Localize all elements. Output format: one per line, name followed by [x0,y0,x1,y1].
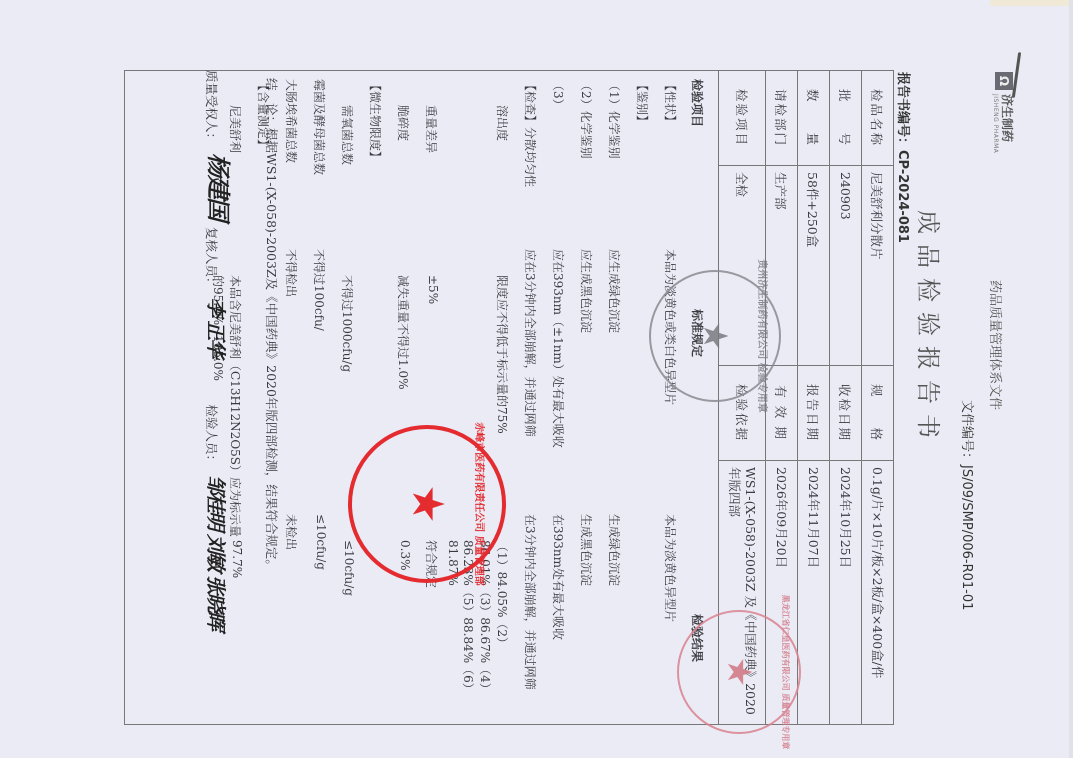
item-standard: 应在3分钟内全部崩解，并通过网筛 [522,249,539,514]
report-number-label: 报告书编号： [895,72,910,150]
file-number-label: 文件编号： [959,400,974,465]
item-row: 脆碎度减失重量不得过1.0%0.3% [390,79,412,716]
star-icon: ★ [405,484,449,523]
qa-label: 质量受权人： [203,70,221,145]
logo-icon: Ω [995,72,1013,90]
item-name: 溶出度 [494,79,511,275]
pink-quality-stamp: ★ 黑龙江省仁皇医药有限公司 质量管理专用章 [677,610,801,734]
item-row: 溶出度限度应不得低于标示量的75%（1）84.05%（2）86.01%（3）86… [446,79,511,716]
item-row: 重量差异±5%符合规定 [418,79,440,716]
qa-signature: 杨建国 [203,153,238,219]
item-row: （2）化学鉴别应生成黑色沉淀生成黑色沉淀 [573,79,595,716]
item-name: （2）化学鉴别 [578,79,595,249]
logo-text: 济生制药 [999,94,1016,153]
info-label: 批 号 [830,71,861,166]
report-number-value: CP-2024-081 [895,150,910,243]
page-title: 成品检验报告书 [913,210,948,448]
signature-row: 质量受权人： 杨建国 复核人员： 李 正华 检验人员： 邹桂明 刘敏 张晓晖 [203,70,238,730]
info-row: 批 号240903收检日期2024年10月25日 [829,71,861,724]
item-result: ≤10cfu/g [314,514,328,716]
conclusion-text: 根据WS1-(X-058)-2003Z及《中国药典》2020年版四部检测，结果符… [264,128,279,572]
star-icon: ★ [722,657,756,687]
report-number: 报告书编号：CP-2024-081 [895,72,914,243]
item-name: 【微生物限度】 [367,79,384,249]
info-label: 收检日期 [830,366,861,461]
item-result: 生成黑色沉淀 [578,514,595,716]
info-value: 尼美舒利分散片 [862,166,893,366]
item-name: 【性状】 [662,79,679,249]
item-result: 本品为淡黄色异型片 [662,514,679,716]
info-value: 58件+250盒 [798,166,829,366]
item-standard: 不得检出 [283,249,300,514]
file-number-value: JS/09/SMP/006-R01-01 [959,465,974,610]
info-row: 检品名称尼美舒利分散片规 格0.1g/片×10片/板×2板/盒×400盒/件 [861,71,893,724]
item-name: （1）化学鉴别 [606,79,623,249]
conclusion-label: 结 论： [264,78,279,128]
item-row: 【检查】分散均匀性应在3分钟内全部崩解，并通过网筛在3分钟内全部崩解，并通过网筛 [517,79,539,716]
info-label: 请检部门 [766,71,797,166]
info-label: 数 量 [798,71,829,166]
item-name: 【检查】分散均匀性 [522,79,539,249]
info-label: 报告日期 [798,366,829,461]
scan-edge [1069,0,1073,758]
inspector-signature: 邹桂明 刘敏 张晓晖 [203,475,232,629]
stamp-text: 赤峰市医药有限责任公司 质量管理部 [473,422,488,585]
item-result: 在393nm处有最大吸收 [550,514,567,716]
red-quality-stamp: ★ 赤峰市医药有限责任公司 质量管理部 [348,425,506,583]
info-label: 检品名称 [862,71,893,166]
item-row: （3）应在393nm（±1nm）处有最大吸收在393nm处有最大吸收 [545,79,567,716]
logo-subtext: JISHENG PHARMA [992,94,999,153]
item-standard: 应在393nm（±1nm）处有最大吸收 [550,249,567,514]
system-doc-label: 药品质量管理体系文件 [987,280,1006,410]
item-row: 需氧菌总数不得过1000cfu/g≤10cfu/g [334,79,356,716]
scan-edge [990,0,1073,6]
item-row: 大肠埃希菌总数不得检出未检出 [278,79,300,716]
scanned-page-background: Ω 济生制药 JISHENG PHARMA 药品质量管理体系文件 文件编号：JS… [0,0,1073,758]
header-item: 检验项目 [689,79,706,249]
item-name: 【鉴别】 [634,79,651,249]
stamp-text: 贵州济生制药有限公司 检验专用章 [756,259,771,412]
item-result: ≤10cfu/g [342,540,356,716]
item-name: 霉菌及酵母菌总数 [311,79,328,249]
item-result: 未检出 [283,514,300,716]
item-row: 【鉴别】 [629,79,651,716]
info-value: 0.1g/片×10片/板×2板/盒×400盒/件 [862,461,893,724]
item-row: 【微生物限度】 [362,79,384,716]
item-name: 大肠埃希菌总数 [283,79,300,249]
item-standard: 不得过100cfu/ [311,249,328,514]
info-value: 2024年11月07日 [798,461,829,724]
info-row: 数 量58件+250盒报告日期2024年11月07日 [797,71,829,724]
item-standard: 应生成绿色沉淀 [606,249,623,514]
reviewer-label: 复核人员： [203,227,221,290]
item-standard: 应生成黑色沉淀 [578,249,595,514]
item-result: 生成绿色沉淀 [606,514,623,716]
info-label: 检验项目 [719,71,765,166]
item-row: （1）化学鉴别应生成绿色沉淀生成绿色沉淀 [601,79,623,716]
inspector-label: 检验人员： [203,405,221,468]
item-row: 【性状】本品为淡黄色或类白色异型片本品为淡黄色异型片 [657,79,679,716]
reviewer-signature: 李 正华 [203,298,232,357]
grey-company-stamp: ★ 贵州济生制药有限公司 检验专用章 [649,270,781,402]
info-value: 2024年10月25日 [830,461,861,724]
inspection-report-page: Ω 济生制药 JISHENG PHARMA 药品质量管理体系文件 文件编号：JS… [56,70,1016,730]
conclusion: 结 论：根据WS1-(X-058)-2003Z及《中国药典》2020年版四部检测… [263,78,281,572]
star-icon: ★ [698,321,732,351]
item-row: 霉菌及酵母菌总数不得过100cfu/≤10cfu/g [306,79,328,716]
item-name: 需氧菌总数 [339,79,356,275]
item-result: 在3分钟内全部崩解，并通过网筛 [522,514,539,716]
stamp-text: 黑龙江省仁皇医药有限公司 质量管理专用章 [780,595,791,750]
file-number: 文件编号：JS/09/SMP/006-R01-01 [959,400,978,610]
item-name: （3） [550,79,567,249]
item-name: 重量差异 [423,79,440,275]
company-logo: Ω 济生制药 JISHENG PHARMA [992,72,1016,153]
item-name: 脆碎度 [395,79,412,275]
info-value: 240903 [830,166,861,366]
info-label: 规 格 [862,366,893,461]
